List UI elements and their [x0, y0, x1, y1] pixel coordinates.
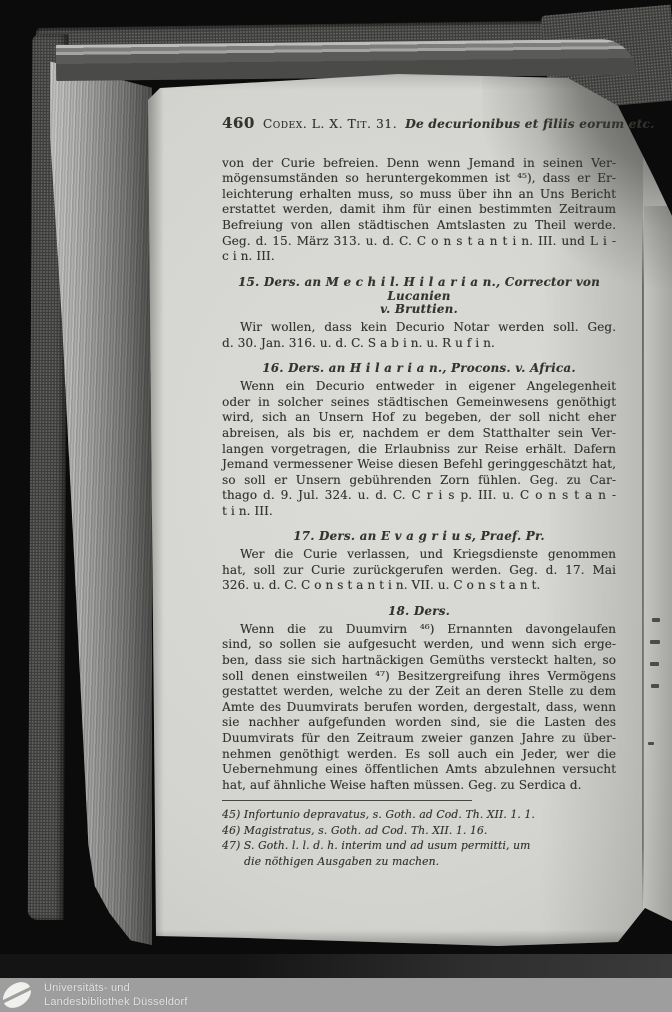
text-line: t i n. III. [222, 504, 616, 520]
text-line: Wir wollen, dass kein Decurio Notar werd… [222, 320, 616, 336]
page-text-block: 460 Codex. L. X. Tit. 31. De decurionibu… [222, 116, 616, 869]
section-18: 18. Ders. Wenn die zu Duumvirn ⁴⁶) Ernan… [222, 605, 616, 793]
text-line: 45) Infortunio depravatus, s. Goth. ad C… [222, 807, 616, 822]
text-line: Wer die Curie verlassen, und Kriegsdiens… [222, 547, 616, 563]
text-line: 17. Ders. an E v a g r i u s, Praef. Pr. [222, 530, 616, 544]
section-17-body: Wer die Curie verlassen, und Kriegsdiens… [222, 547, 616, 594]
library-name: Universitäts- und Landesbibliothek Düsse… [44, 981, 188, 1009]
text-line: sind, so sollen sie aufgesucht werden, u… [222, 637, 616, 653]
section-15-heading: 15. Ders. an M e c h i l. H i l a r i a … [222, 276, 616, 317]
text-line: d. 30. Jan. 316. u. d. C. S a b i n. u. … [222, 336, 616, 352]
text-line: nehmen genöthigt werden. Es soll auch ei… [222, 747, 616, 763]
section-15: 15. Ders. an M e c h i l. H i l a r i a … [222, 276, 616, 352]
text-line: 18. Ders. [222, 605, 616, 619]
text-line: leichterung erhalten muss, so muss über … [222, 187, 616, 203]
page-number: 460 [222, 116, 255, 132]
facing-page-text-fragment [648, 742, 654, 745]
page-header: 460 Codex. L. X. Tit. 31. De decurionibu… [222, 116, 616, 133]
section-18-heading: 18. Ders. [222, 605, 616, 619]
text-line: Duumvirats für den Zeitraum zweier ganze… [222, 731, 616, 747]
facing-page-text-fragment [650, 662, 659, 666]
gutter-margin [644, 206, 672, 926]
section-16-heading: 16. Ders. an H i l a r i a n., Procons. … [222, 362, 616, 376]
text-line: Geg. d. 15. März 313. u. d. C. C o n s t… [222, 234, 616, 250]
text-line: Jemand vermessener Weise diesen Befehl g… [222, 457, 616, 473]
chapter-latin-title: De decurionibus et filiis eorum etc. [405, 117, 654, 133]
intro-paragraph: von der Curie befreien. Denn wenn Jemand… [222, 156, 616, 265]
section-16: 16. Ders. an H i l a r i a n., Procons. … [222, 362, 616, 519]
text-line: 16. Ders. an H i l a r i a n., Procons. … [222, 362, 616, 376]
section-17-heading: 17. Ders. an E v a g r i u s, Praef. Pr. [222, 530, 616, 544]
text-line: Befreiung von allen städtischen Amtslast… [222, 218, 616, 234]
text-line: so soll er Unsern gebührenden Zorn fühle… [222, 473, 616, 489]
text-line: Amte des Duumvirats berufen worden, derg… [222, 700, 616, 716]
text-line: hat, soll zur Curie zurückgerufen werden… [222, 563, 616, 579]
text-line: mögensumständen so heruntergekommen ist … [222, 171, 616, 187]
footnotes: 45) Infortunio depravatus, s. Goth. ad C… [222, 807, 616, 869]
facing-page-text-fragment [651, 684, 659, 688]
section-17: 17. Ders. an E v a g r i u s, Praef. Pr.… [222, 530, 616, 594]
text-line: wird, sich an Unsern Hof zu begeben, der… [222, 410, 616, 426]
text-line: sie nachher aufgefunden worden sind, sie… [222, 715, 616, 731]
text-line: Wenn die zu Duumvirn ⁴⁶) Ernannten davon… [222, 622, 616, 638]
text-line: die nöthigen Ausgaben zu machen. [222, 854, 616, 869]
text-line: 47) S. Goth. l. l. d. h. interim und ad … [222, 838, 616, 853]
facing-page-text-fragment [652, 618, 660, 622]
text-line: oder in solcher seines städtischen Gemei… [222, 395, 616, 411]
table-surface [0, 954, 672, 978]
text-line: langen vorgetragen, die Erlaubniss zur R… [222, 442, 616, 458]
text-line: 46) Magistratus, s. Goth. ad Cod. Th. XI… [222, 823, 616, 838]
text-line: erstattet werden, damit ihm für einen be… [222, 202, 616, 218]
section-18-body: Wenn die zu Duumvirn ⁴⁶) Ernannten davon… [222, 622, 616, 794]
scan-viewer-stage: 460 Codex. L. X. Tit. 31. De decurionibu… [0, 0, 672, 1012]
text-line: soll denen einstweilen ⁴⁷) Besitzergreif… [222, 669, 616, 685]
footnote-separator-rule [222, 800, 472, 801]
text-line: gestattet werden, welche zu der Zeit an … [222, 684, 616, 700]
text-line: abreisen, als bis er, nachdem er dem Sta… [222, 426, 616, 442]
library-name-line1: Universitäts- und [44, 981, 188, 995]
text-line: c i n. III. [222, 249, 616, 265]
facing-page-text-fragment [650, 640, 660, 644]
text-line: thago d. 9. Jul. 324. u. d. C. C r i s p… [222, 488, 616, 504]
text-line: 15. Ders. an M e c h i l. H i l a r i a … [222, 276, 616, 304]
text-line: v. Bruttien. [222, 303, 616, 317]
text-line: Wenn ein Decurio entweder in eigener Ang… [222, 379, 616, 395]
text-line: von der Curie befreien. Denn wenn Jemand… [222, 156, 616, 172]
text-line: 326. u. d. C. C o n s t a n t i n. VII. … [222, 578, 616, 594]
section-16-body: Wenn ein Decurio entweder in eigener Ang… [222, 379, 616, 519]
section-15-body: Wir wollen, dass kein Decurio Notar werd… [222, 320, 616, 351]
library-name-line2: Landesbibliothek Düsseldorf [44, 995, 188, 1009]
library-footer-bar: Universitäts- und Landesbibliothek Düsse… [0, 978, 672, 1012]
codex-reference: Codex. L. X. Tit. 31. [263, 117, 397, 133]
text-line: Uebernehmung eines öffentlichen Amts abz… [222, 762, 616, 778]
ulb-duesseldorf-logo-icon [2, 979, 36, 1011]
page-stack-top-edge [56, 39, 636, 81]
text-line: hat, auf ähnliche Weise haften müssen. G… [222, 778, 616, 794]
text-line: ben, dass sie sich hartnäckigen Gemüths … [222, 653, 616, 669]
